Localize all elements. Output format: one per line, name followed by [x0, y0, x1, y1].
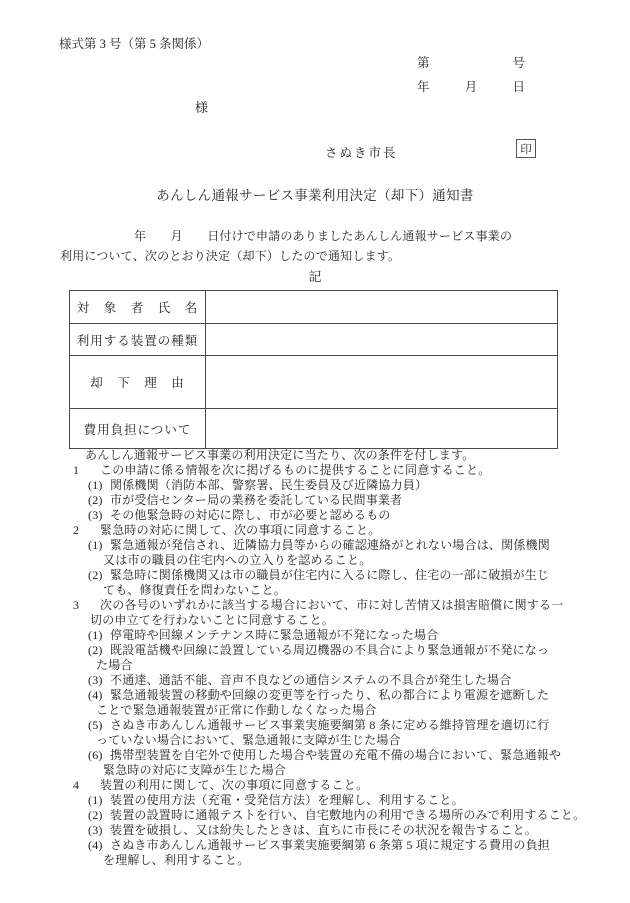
condition-line: (1)緊急通報が発信され、近隣協力員等からの確認連絡がとれない場合は、関係機関	[59, 538, 585, 553]
seal-stamp: 印	[516, 139, 536, 158]
condition-marker: (1)	[88, 793, 110, 808]
condition-text: っていない場合において、緊急通報に支障が生じた場合	[96, 733, 401, 748]
table-row: 費用負担について	[70, 409, 558, 449]
condition-text: 又は市の職員の住宅内への立入りを認めること。	[103, 553, 371, 568]
form-number: 様式第 3 号（第 5 条関係）	[59, 34, 209, 52]
condition-text: 緊急時の対応に支障が生じた場合	[103, 763, 286, 778]
row-label: 利用する装置の種類	[70, 324, 206, 356]
condition-marker: 4	[73, 778, 100, 793]
condition-line: (4)緊急通報装置の移動や回線の変更等を行ったり、私の都合により電源を遮断した	[59, 688, 585, 703]
condition-line: (2)既設電話機や回線に設置している周辺機器の不具合により緊急通報が不発になっ	[59, 643, 585, 658]
date-line: 年 月 日	[417, 75, 525, 99]
condition-text: 装置の設置時に通報テストを行い、自宅敷地内の利用できる場所のみで利用すること。	[110, 808, 585, 823]
condition-text: 装置の利用に関して、次の事項に同意すること。	[100, 778, 368, 793]
condition-text: この申請に係る情報を次に掲げるものに提供することに同意すること。	[100, 463, 490, 478]
condition-line: 4装置の利用に関して、次の事項に同意すること。	[59, 778, 585, 793]
condition-text: 緊急通報が発信され、近隣協力員等からの確認連絡がとれない場合は、関係機関	[110, 538, 550, 553]
condition-marker: (2)	[88, 493, 110, 508]
condition-text: 携帯型装置を自宅外で使用した場合や装置の充電不備の場合において、緊急通報や	[110, 748, 561, 763]
condition-text: さぬき市あんしん通報サービス事業実施要綱第 6 条第 5 項に規定する費用の負担	[110, 838, 550, 853]
condition-text: その他緊急時の対応に際し、市が必要と認めるもの	[110, 508, 391, 523]
date-month-label: 月	[465, 75, 478, 99]
condition-marker: 2	[73, 523, 100, 538]
condition-text: た場合	[96, 658, 133, 673]
condition-marker: (6)	[88, 748, 110, 763]
row-value	[206, 324, 558, 356]
document-number-line: 第 号	[417, 51, 525, 75]
addressee-suffix: 様	[195, 97, 208, 116]
condition-marker: (3)	[88, 823, 110, 838]
document-page: 様式第 3 号（第 5 条関係） 第 号 年 月 日 様 さぬき市長 印 あんし…	[0, 0, 630, 903]
condition-text: を理解し、利用すること。	[103, 853, 249, 868]
details-table: 対 象 者 氏 名 利用する装置の種類 却 下 理 由 費用負担について	[69, 290, 558, 449]
condition-text: 緊急通報装置の移動や回線の変更等を行ったり、私の都合により電源を遮断した	[110, 688, 549, 703]
condition-line: (2)市が受信センター局の業務を委託している民間事業者	[59, 493, 585, 508]
condition-line: (3)その他緊急時の対応に際し、市が必要と認めるもの	[59, 508, 585, 523]
conditions-list: あんしん通報サービス事業の利用決定に当たり、次の条件を付します。1この申請に係る…	[59, 448, 585, 868]
condition-line: (4)さぬき市あんしん通報サービス事業実施要綱第 6 条第 5 項に規定する費用…	[59, 838, 585, 853]
condition-text: 既設電話機や回線に設置している周辺機器の不具合により緊急通報が不発になっ	[110, 643, 549, 658]
issuer-name: さぬき市長	[325, 143, 398, 161]
condition-marker: (1)	[88, 538, 110, 553]
condition-line: (6)携帯型装置を自宅外で使用した場合や装置の充電不備の場合において、緊急通報や	[59, 748, 585, 763]
condition-text: ことで緊急通報装置が正常に作動しなくなった場合	[96, 703, 377, 718]
condition-text: 次の各号のいずれかに該当する場合において、市に対し苦情又は損害賠償に関する一	[100, 598, 563, 613]
body-paragraph-line1: 年 月 日付けで申請のありましたあんしん通報サービス事業の	[60, 226, 512, 246]
condition-marker: (3)	[88, 673, 110, 688]
condition-line: っていない場合において、緊急通報に支障が生じた場合	[59, 733, 585, 748]
condition-marker: (2)	[88, 568, 110, 583]
row-value	[206, 356, 558, 409]
condition-line: 1この申請に係る情報を次に掲げるものに提供することに同意すること。	[59, 463, 585, 478]
condition-text: 緊急時の対応に関して、次の事項に同意すること。	[100, 523, 380, 538]
condition-marker: (1)	[88, 478, 110, 493]
table-row: 利用する装置の種類	[70, 324, 558, 356]
condition-line: (1)関係機関（消防本部、警察署、民生委員及び近隣協力員）	[59, 478, 585, 493]
condition-line: (1)停電時や回線メンテナンス時に緊急通報が不発になった場合	[59, 628, 585, 643]
condition-line: 緊急時の対応に支障が生じた場合	[59, 763, 585, 778]
condition-line: (5)さぬき市あんしん通報サービス事業実施要綱第 8 条に定める維持管理を適切に…	[59, 718, 585, 733]
condition-line: (3)不通達、通話不能、音声不良などの通信システムの不具合が発生した場合	[59, 673, 585, 688]
date-year-label: 年	[417, 75, 430, 99]
document-title: あんしん通報サービス事業利用決定（却下）通知書	[0, 184, 630, 204]
condition-line: (2)緊急時に関係機関又は市の職員が住宅内に入るに際し、住宅の一部に破損が生じ	[59, 568, 585, 583]
table-row: 却 下 理 由	[70, 356, 558, 409]
body-paragraph: 年 月 日付けで申請のありましたあんしん通報サービス事業の 利用について、次のと…	[60, 226, 512, 266]
condition-marker: (3)	[88, 508, 110, 523]
condition-line: ても、修復責任を問わないこと。	[59, 583, 585, 598]
condition-line: あんしん通報サービス事業の利用決定に当たり、次の条件を付します。	[59, 448, 585, 463]
condition-line: 2緊急時の対応に関して、次の事項に同意すること。	[59, 523, 585, 538]
condition-text: さぬき市あんしん通報サービス事業実施要綱第 8 条に定める維持管理を適切に行	[110, 718, 550, 733]
condition-text: 停電時や回線メンテナンス時に緊急通報が不発になった場合	[110, 628, 438, 643]
condition-marker: (5)	[88, 718, 110, 733]
row-value	[206, 291, 558, 324]
condition-text: ても、修復責任を問わないこと。	[103, 583, 286, 598]
ki-heading: 記	[0, 266, 630, 285]
condition-line: 3次の各号のいずれかに該当する場合において、市に対し苦情又は損害賠償に関する一	[59, 598, 585, 613]
condition-marker: (2)	[88, 808, 110, 823]
condition-marker: (4)	[88, 838, 110, 853]
row-label: 費用負担について	[70, 409, 206, 449]
row-label: 却 下 理 由	[70, 356, 206, 409]
condition-line: (2)装置の設置時に通報テストを行い、自宅敷地内の利用できる場所のみで利用するこ…	[59, 808, 585, 823]
document-number-block: 第 号 年 月 日	[417, 51, 525, 99]
condition-marker: (2)	[88, 643, 110, 658]
condition-line: を理解し、利用すること。	[59, 853, 585, 868]
condition-line: た場合	[59, 658, 585, 673]
condition-line: 又は市の職員の住宅内への立入りを認めること。	[59, 553, 585, 568]
doc-no-suffix: 号	[512, 51, 525, 75]
condition-marker: (4)	[88, 688, 110, 703]
body-paragraph-line2: 利用について、次のとおり決定（却下）したので通知します。	[60, 246, 512, 266]
row-value	[206, 409, 558, 449]
condition-text: 緊急時に関係機関又は市の職員が住宅内に入るに際し、住宅の一部に破損が生じ	[110, 568, 549, 583]
condition-marker: (1)	[88, 628, 110, 643]
row-label: 対 象 者 氏 名	[70, 291, 206, 324]
condition-text: 切の申立てを行わないことに同意すること。	[90, 613, 334, 628]
condition-marker: 1	[73, 463, 100, 478]
condition-text: 市が受信センター局の業務を委託している民間事業者	[110, 493, 402, 508]
doc-no-prefix: 第	[417, 51, 430, 75]
condition-text: 関係機関（消防本部、警察署、民生委員及び近隣協力員）	[110, 478, 427, 493]
condition-line: (3)装置を破損し、又は紛失したときは、直ちに市長にその状況を報告すること。	[59, 823, 585, 838]
condition-line: 切の申立てを行わないことに同意すること。	[59, 613, 585, 628]
condition-marker: 3	[73, 598, 100, 613]
condition-line: (1)装置の使用方法（充電・受発信方法）を理解し、利用すること。	[59, 793, 585, 808]
date-day-label: 日	[512, 75, 525, 99]
condition-text: 装置を破損し、又は紛失したときは、直ちに市長にその状況を報告すること。	[110, 823, 537, 838]
table-row: 対 象 者 氏 名	[70, 291, 558, 324]
condition-text: 不通達、通話不能、音声不良などの通信システムの不具合が発生した場合	[110, 673, 511, 688]
condition-text: 装置の使用方法（充電・受発信方法）を理解し、利用すること。	[110, 793, 464, 808]
condition-text: あんしん通報サービス事業の利用決定に当たり、次の条件を付します。	[85, 448, 474, 463]
condition-line: ことで緊急通報装置が正常に作動しなくなった場合	[59, 703, 585, 718]
